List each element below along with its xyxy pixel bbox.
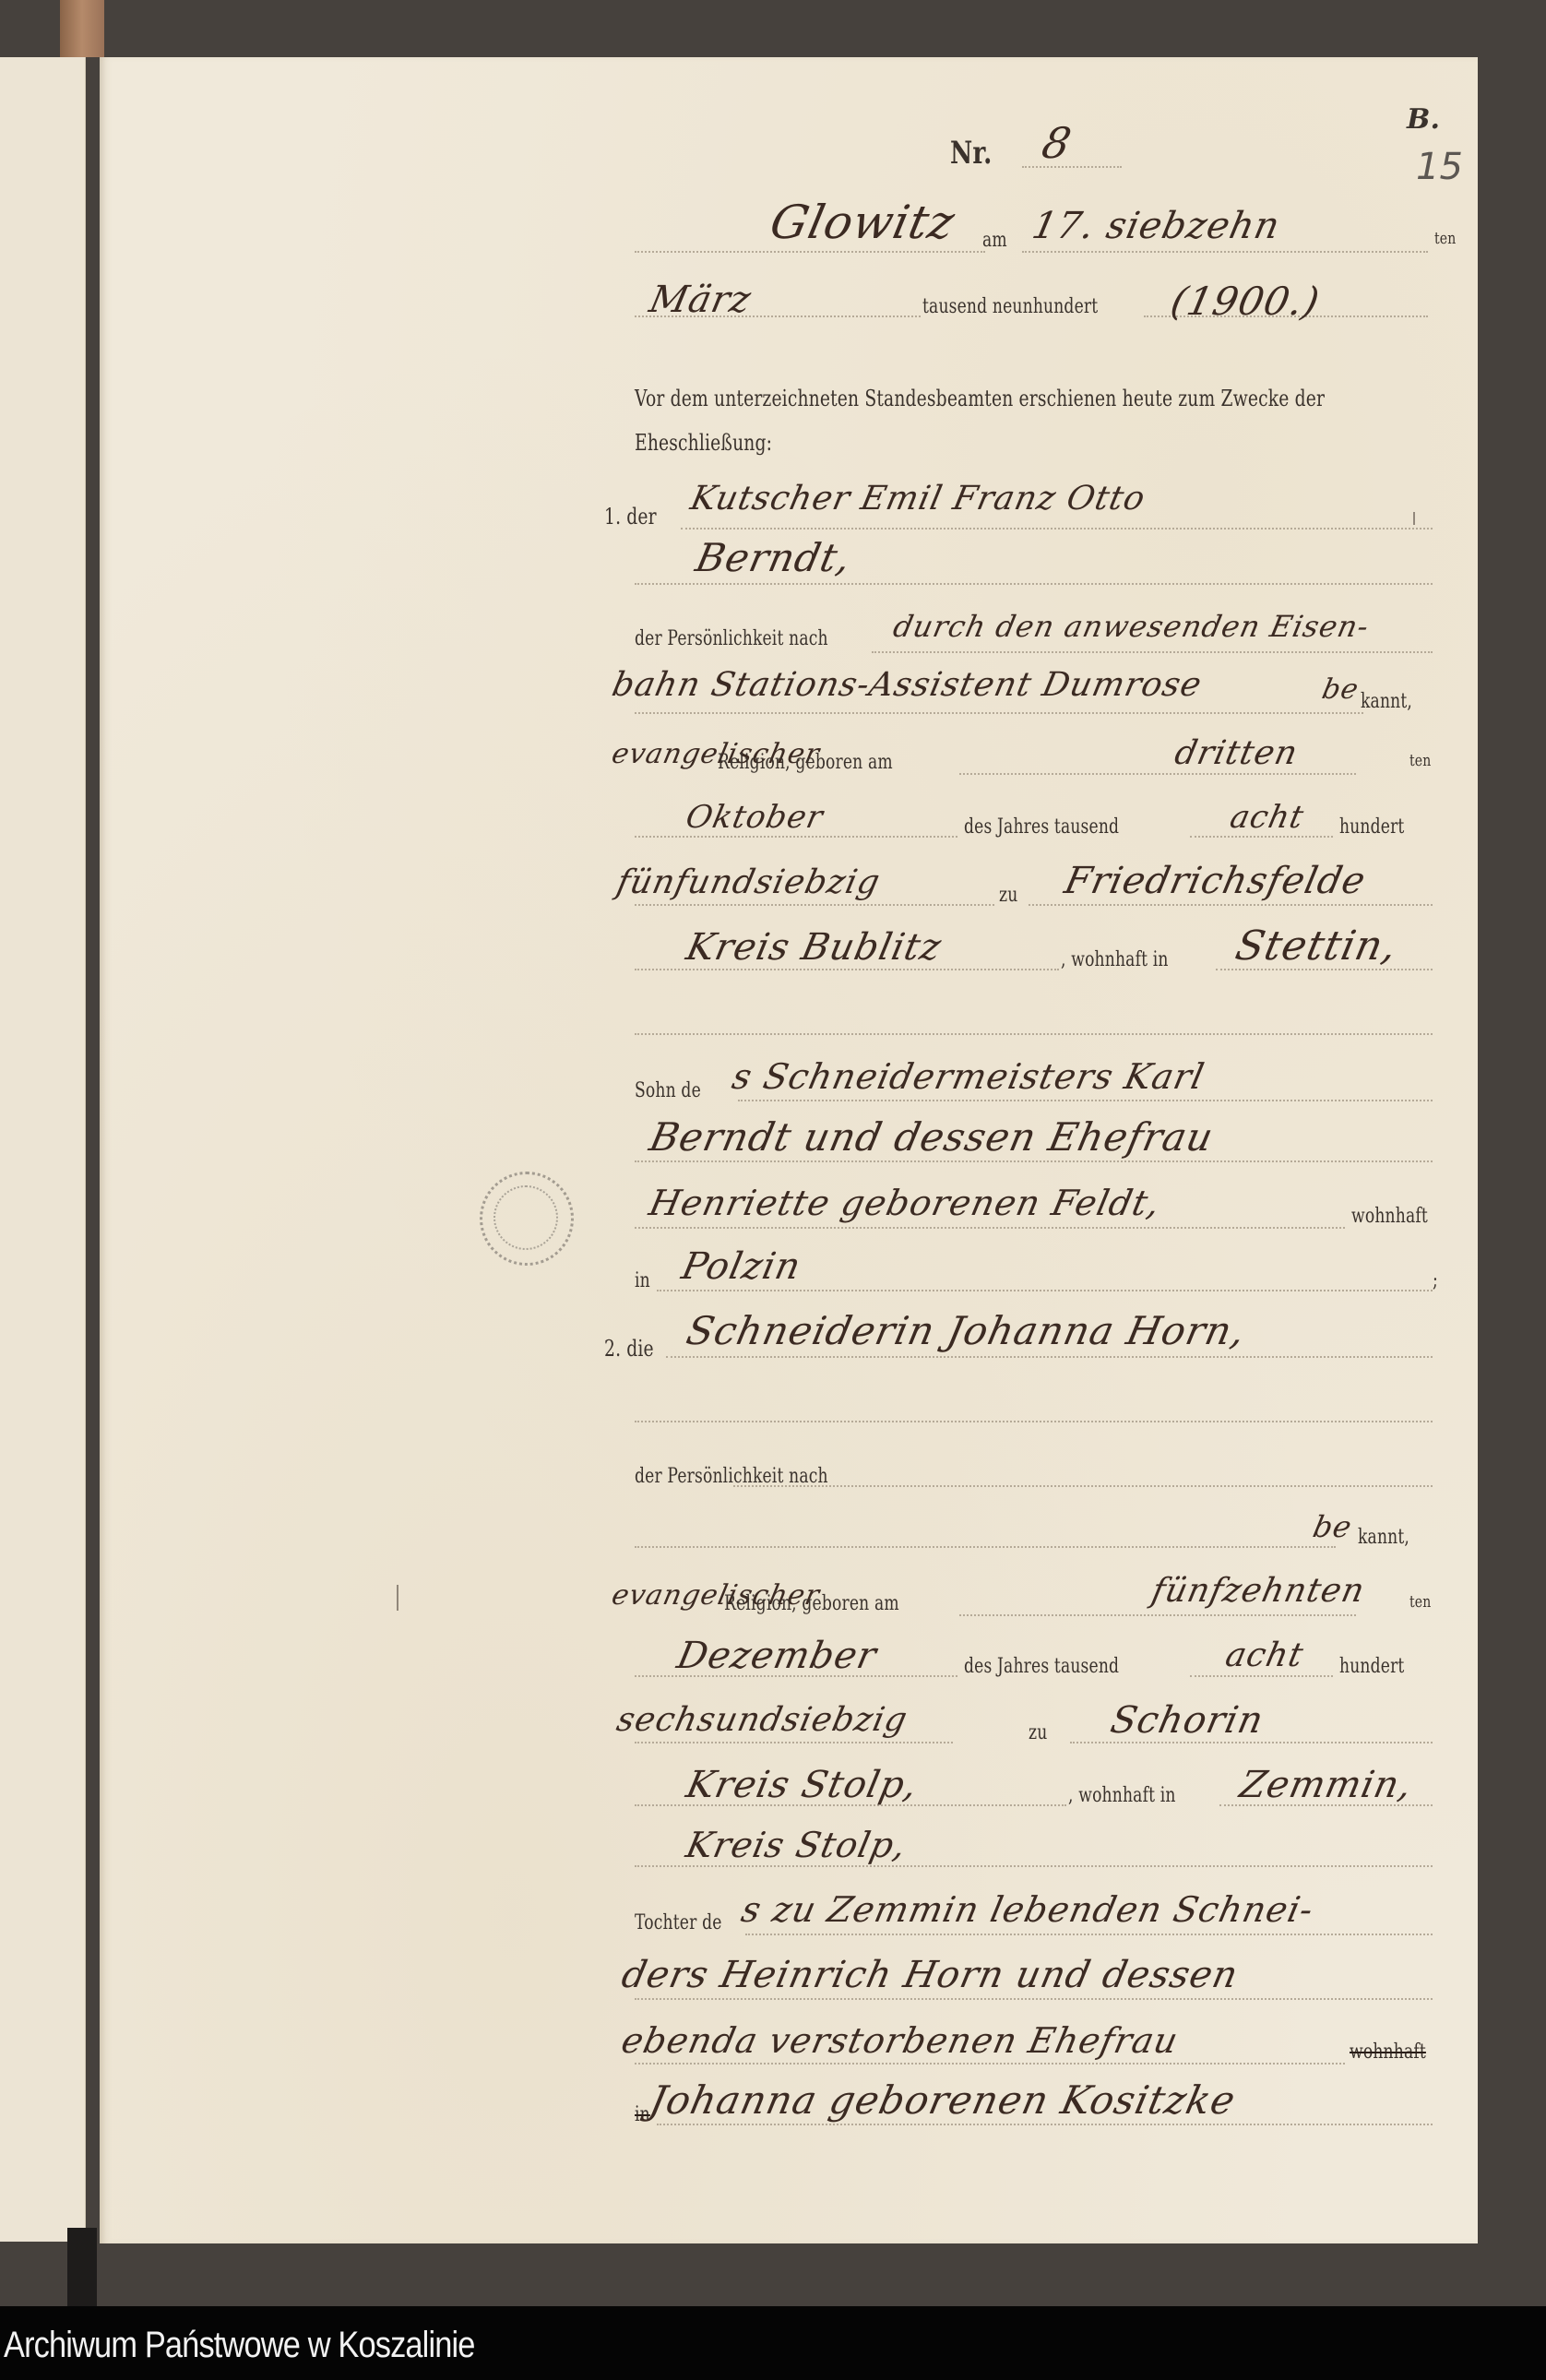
groom-bekannt-prefix: be — [1319, 673, 1362, 706]
day-line — [1022, 251, 1428, 253]
groom-parents-residence-label: wohnhaft — [1351, 1205, 1428, 1228]
bride-parents-line-1-text: s zu Zemmin lebenden Schnei- — [738, 1889, 1317, 1930]
groom-name-line-2 — [635, 583, 1433, 585]
groom-parents-label: Sohn de — [635, 1079, 701, 1102]
groom-identity-label: der Persönlichkeit nach — [635, 627, 828, 650]
bride-parents-line-1 — [745, 1934, 1433, 1935]
bride-zu-label: zu — [1029, 1721, 1047, 1744]
groom-district-line — [635, 969, 1059, 970]
groom-parents-line-3-text: Henriette geborenen Feldt, — [646, 1183, 1164, 1223]
bride-identity-line — [733, 1485, 1433, 1487]
bride-parents-residence-label-struck: wohnhaft — [1350, 2041, 1426, 2064]
bride-birth-district: Kreis Stolp, — [683, 1764, 922, 1806]
groom-identity-value-2: bahn Stations-Assistent Dumrose — [609, 666, 1206, 704]
bride-birth-place: Schorin — [1107, 1699, 1267, 1742]
bride-ten-suffix: ten — [1409, 1592, 1431, 1612]
header-year: (1900.) — [1167, 279, 1324, 324]
groom-ten-suffix: ten — [1409, 751, 1431, 770]
groom-year-century: acht — [1227, 799, 1307, 836]
place-line — [635, 251, 985, 253]
groom-parents-line-1-text: s Schneidermeisters Karl — [729, 1056, 1208, 1097]
groom-identity-line-2 — [635, 712, 1363, 714]
groom-number-label: 1. der — [604, 504, 657, 530]
bride-religion-label: Religion, geboren am — [724, 1592, 899, 1615]
groom-hundert-label: hundert — [1339, 815, 1404, 839]
groom-parents-residence: Polzin — [678, 1245, 805, 1288]
bride-name-line — [666, 1356, 1433, 1358]
am-label: am — [982, 229, 1007, 252]
groom-surname: Berndt, — [692, 535, 855, 580]
groom-birth-district: Kreis Bublitz — [683, 926, 945, 969]
header-place: Glowitz — [766, 196, 960, 249]
ten-suffix: ten — [1434, 229, 1456, 248]
official-seal-stamp — [480, 1172, 574, 1266]
intro-line-2: Eheschließung: — [635, 430, 772, 456]
groom-occupation-name: Kutscher Emil Franz Otto — [687, 480, 1149, 518]
bride-birthplace-line — [1070, 1742, 1433, 1743]
bride-parents-line-3-text: ebenda verstorbenen Ehefrau — [618, 2020, 1183, 2061]
groom-identity-line — [872, 651, 1433, 653]
groom-zu-label: zu — [999, 884, 1017, 907]
bride-parents-line-2 — [635, 1998, 1433, 2000]
archive-banner-text: Archiwum Państwowe w Koszalinie — [4, 2325, 475, 2366]
groom-bekannt-label: kannt, — [1361, 690, 1412, 713]
pencil-page-number: 15 — [1416, 146, 1463, 188]
header-day: 17. siebzehn — [1029, 205, 1284, 247]
groom-century-line — [1190, 836, 1333, 838]
book-spine — [60, 0, 104, 57]
bride-residence: Zemmin, — [1236, 1764, 1416, 1806]
intro-line-1: Vor dem unterzeichneten Standesbeamten e… — [635, 386, 1325, 411]
groom-parents-line-2 — [635, 1160, 1433, 1162]
margin-mark — [397, 1585, 398, 1611]
groom-parents-line-3 — [635, 1227, 1345, 1229]
groom-parents-in-label: in — [635, 1269, 650, 1292]
bride-century-line — [1190, 1675, 1333, 1677]
bride-birth-day: fünfzehnten — [1148, 1572, 1368, 1610]
bride-parents-label: Tochter de — [635, 1911, 722, 1934]
groom-name-line-1 — [681, 528, 1433, 530]
bride-residence-district: Kreis Stolp, — [683, 1825, 910, 1865]
corner-letter: B. — [1407, 103, 1440, 136]
bride-identity-line-2 — [635, 1546, 1336, 1548]
bride-empty-line — [635, 1421, 1433, 1422]
groom-month-line — [635, 836, 957, 838]
groom-religion-label: Religion, geboren am — [718, 751, 893, 774]
groom-year-rest-line — [635, 904, 994, 906]
groom-identity-value-1: durch den anwesenden Eisen- — [890, 609, 1373, 644]
record-number-label: Nr. — [950, 135, 992, 172]
groom-birth-month: Oktober — [683, 799, 827, 836]
bride-residence-district-line — [635, 1865, 1433, 1867]
groom-birth-day: dritten — [1171, 734, 1302, 772]
bride-bekannt-label: kannt, — [1358, 1526, 1409, 1549]
groom-year-label: des Jahres tausend — [964, 815, 1119, 839]
bride-year-label: des Jahres tausend — [964, 1655, 1119, 1678]
gutter-shadow — [67, 2228, 97, 2306]
groom-birthday-line — [959, 773, 1356, 775]
groom-residence-label: , wohnhaft in — [1061, 948, 1169, 971]
groom-year-rest: fünfundsiebzig — [613, 863, 884, 901]
groom-birth-place: Friedrichsfelde — [1061, 860, 1370, 902]
semicolon: ; — [1433, 1269, 1438, 1292]
header-month: März — [646, 279, 755, 321]
bride-bekannt-prefix: be — [1310, 1509, 1355, 1544]
groom-parents-residence-line — [657, 1290, 1433, 1291]
bride-hundert-label: hundert — [1339, 1655, 1404, 1678]
groom-empty-line — [635, 1033, 1433, 1035]
groom-residence: Stettin, — [1231, 922, 1401, 970]
bride-parents-line-3 — [635, 2063, 1345, 2065]
groom-birthplace-line — [1029, 904, 1433, 906]
left-page-edge — [0, 57, 86, 2242]
bride-parents-line-2-text: ders Heinrich Horn und dessen — [618, 1954, 1242, 1996]
bride-year-century: acht — [1222, 1636, 1307, 1674]
bride-occupation-name: Schneiderin Johanna Horn, — [683, 1308, 1250, 1353]
bride-parents-line-4 — [657, 2124, 1433, 2125]
bride-birth-month: Dezember — [673, 1635, 881, 1677]
groom-parents-line-1 — [738, 1100, 1433, 1101]
groom-parents-line-2-text: Berndt und dessen Ehefrau — [646, 1114, 1218, 1160]
bride-parents-line-4-text: Johanna geborenen Kositzke — [646, 2077, 1240, 2123]
bride-year-rest: sechsundsiebzig — [613, 1701, 911, 1739]
bride-year-rest-line — [635, 1742, 953, 1743]
year-text: tausend neunhundert — [922, 295, 1098, 318]
margin-mark — [1413, 512, 1415, 525]
bride-residence-label: , wohnhaft in — [1068, 1784, 1176, 1807]
bride-birthday-line — [959, 1614, 1356, 1616]
bride-number-label: 2. die — [604, 1336, 654, 1362]
